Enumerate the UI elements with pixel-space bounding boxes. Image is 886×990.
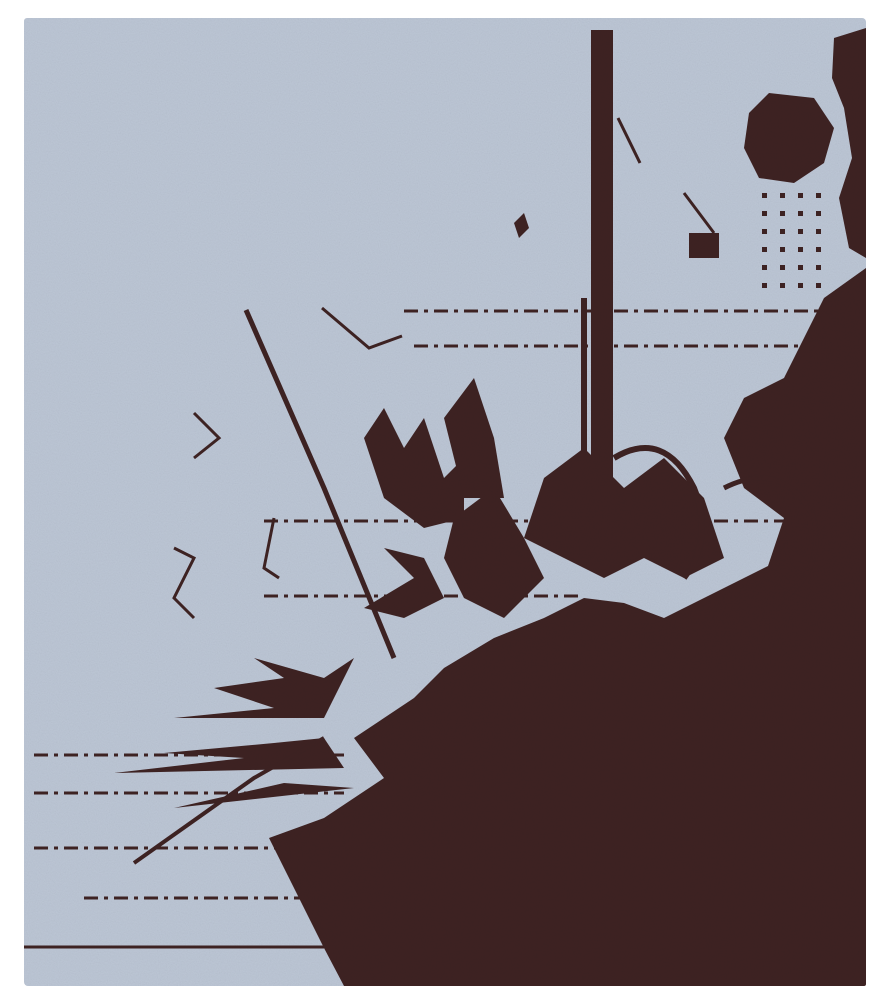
rug-image <box>24 18 866 986</box>
rug-artwork <box>24 18 866 986</box>
